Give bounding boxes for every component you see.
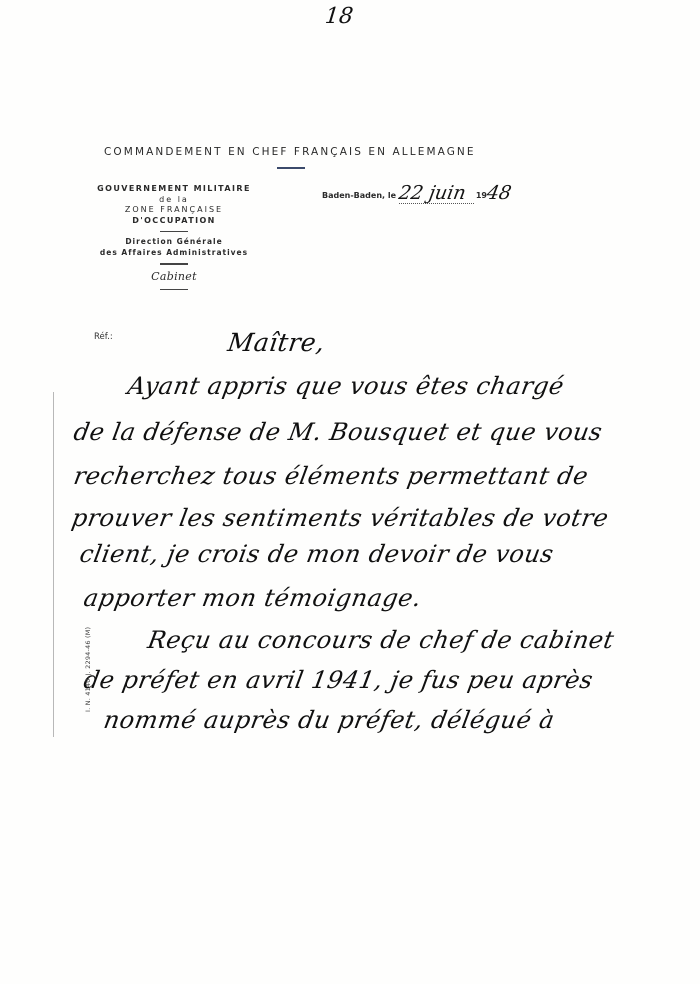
letterhead-divider	[160, 263, 188, 264]
office-label: Cabinet	[86, 270, 262, 283]
print-code: I. N. 4140-J. 2294-46 (M)	[84, 627, 92, 712]
letterhead-line: D'OCCUPATION	[86, 216, 262, 227]
letterhead-line: ZONE FRANÇAISE	[86, 205, 262, 216]
letter-line: client, je crois de mon devoir de vous	[78, 540, 556, 568]
letterhead-line: GOUVERNEMENT MILITAIRE	[86, 184, 262, 195]
letterhead-divider	[160, 231, 188, 232]
date-place: Baden-Baden, le	[322, 191, 396, 200]
date-line: Baden-Baden, le 22 juin 1948	[322, 181, 511, 204]
letter-line: prouver les sentiments véritables de vot…	[70, 504, 611, 532]
letterhead-title: COMMANDEMENT EN CHEF FRANÇAIS EN ALLEMAG…	[104, 146, 484, 158]
letter-line: Ayant appris que vous êtes chargé	[126, 372, 567, 400]
letter-page: 18 COMMANDEMENT EN CHEF FRANÇAIS EN ALLE…	[0, 0, 700, 984]
letter-line: de préfet en avril 1941, je fus peu aprè…	[82, 666, 596, 694]
direction-line: Direction Générale	[86, 237, 262, 248]
letter-line: de la défense de M. Bousquet et que vous	[72, 418, 605, 446]
reference-label: Réf.:	[94, 332, 113, 342]
date-year: 48	[485, 182, 513, 204]
letter-line: recherchez tous éléments permettant de	[72, 462, 591, 490]
letterhead-divider	[160, 289, 188, 290]
page-number: 18	[324, 4, 355, 29]
direction-line: des Affaires Administratives	[86, 248, 262, 259]
letter-line: apporter mon témoignage.	[82, 584, 424, 612]
date-day-month: 22 juin	[397, 182, 468, 204]
letter-line: nommé auprès du préfet, délégué à	[102, 706, 557, 734]
salutation: Maître,	[226, 328, 327, 357]
letterhead-divider	[277, 167, 305, 169]
letterhead-left-block: GOUVERNEMENT MILITAIRE de la ZONE FRANÇA…	[86, 184, 262, 295]
letter-line: Reçu au concours de chef de cabinet	[146, 626, 617, 654]
letterhead-line: de la	[86, 195, 262, 206]
margin-line	[53, 392, 54, 737]
date-field: 22 juin	[399, 181, 474, 204]
